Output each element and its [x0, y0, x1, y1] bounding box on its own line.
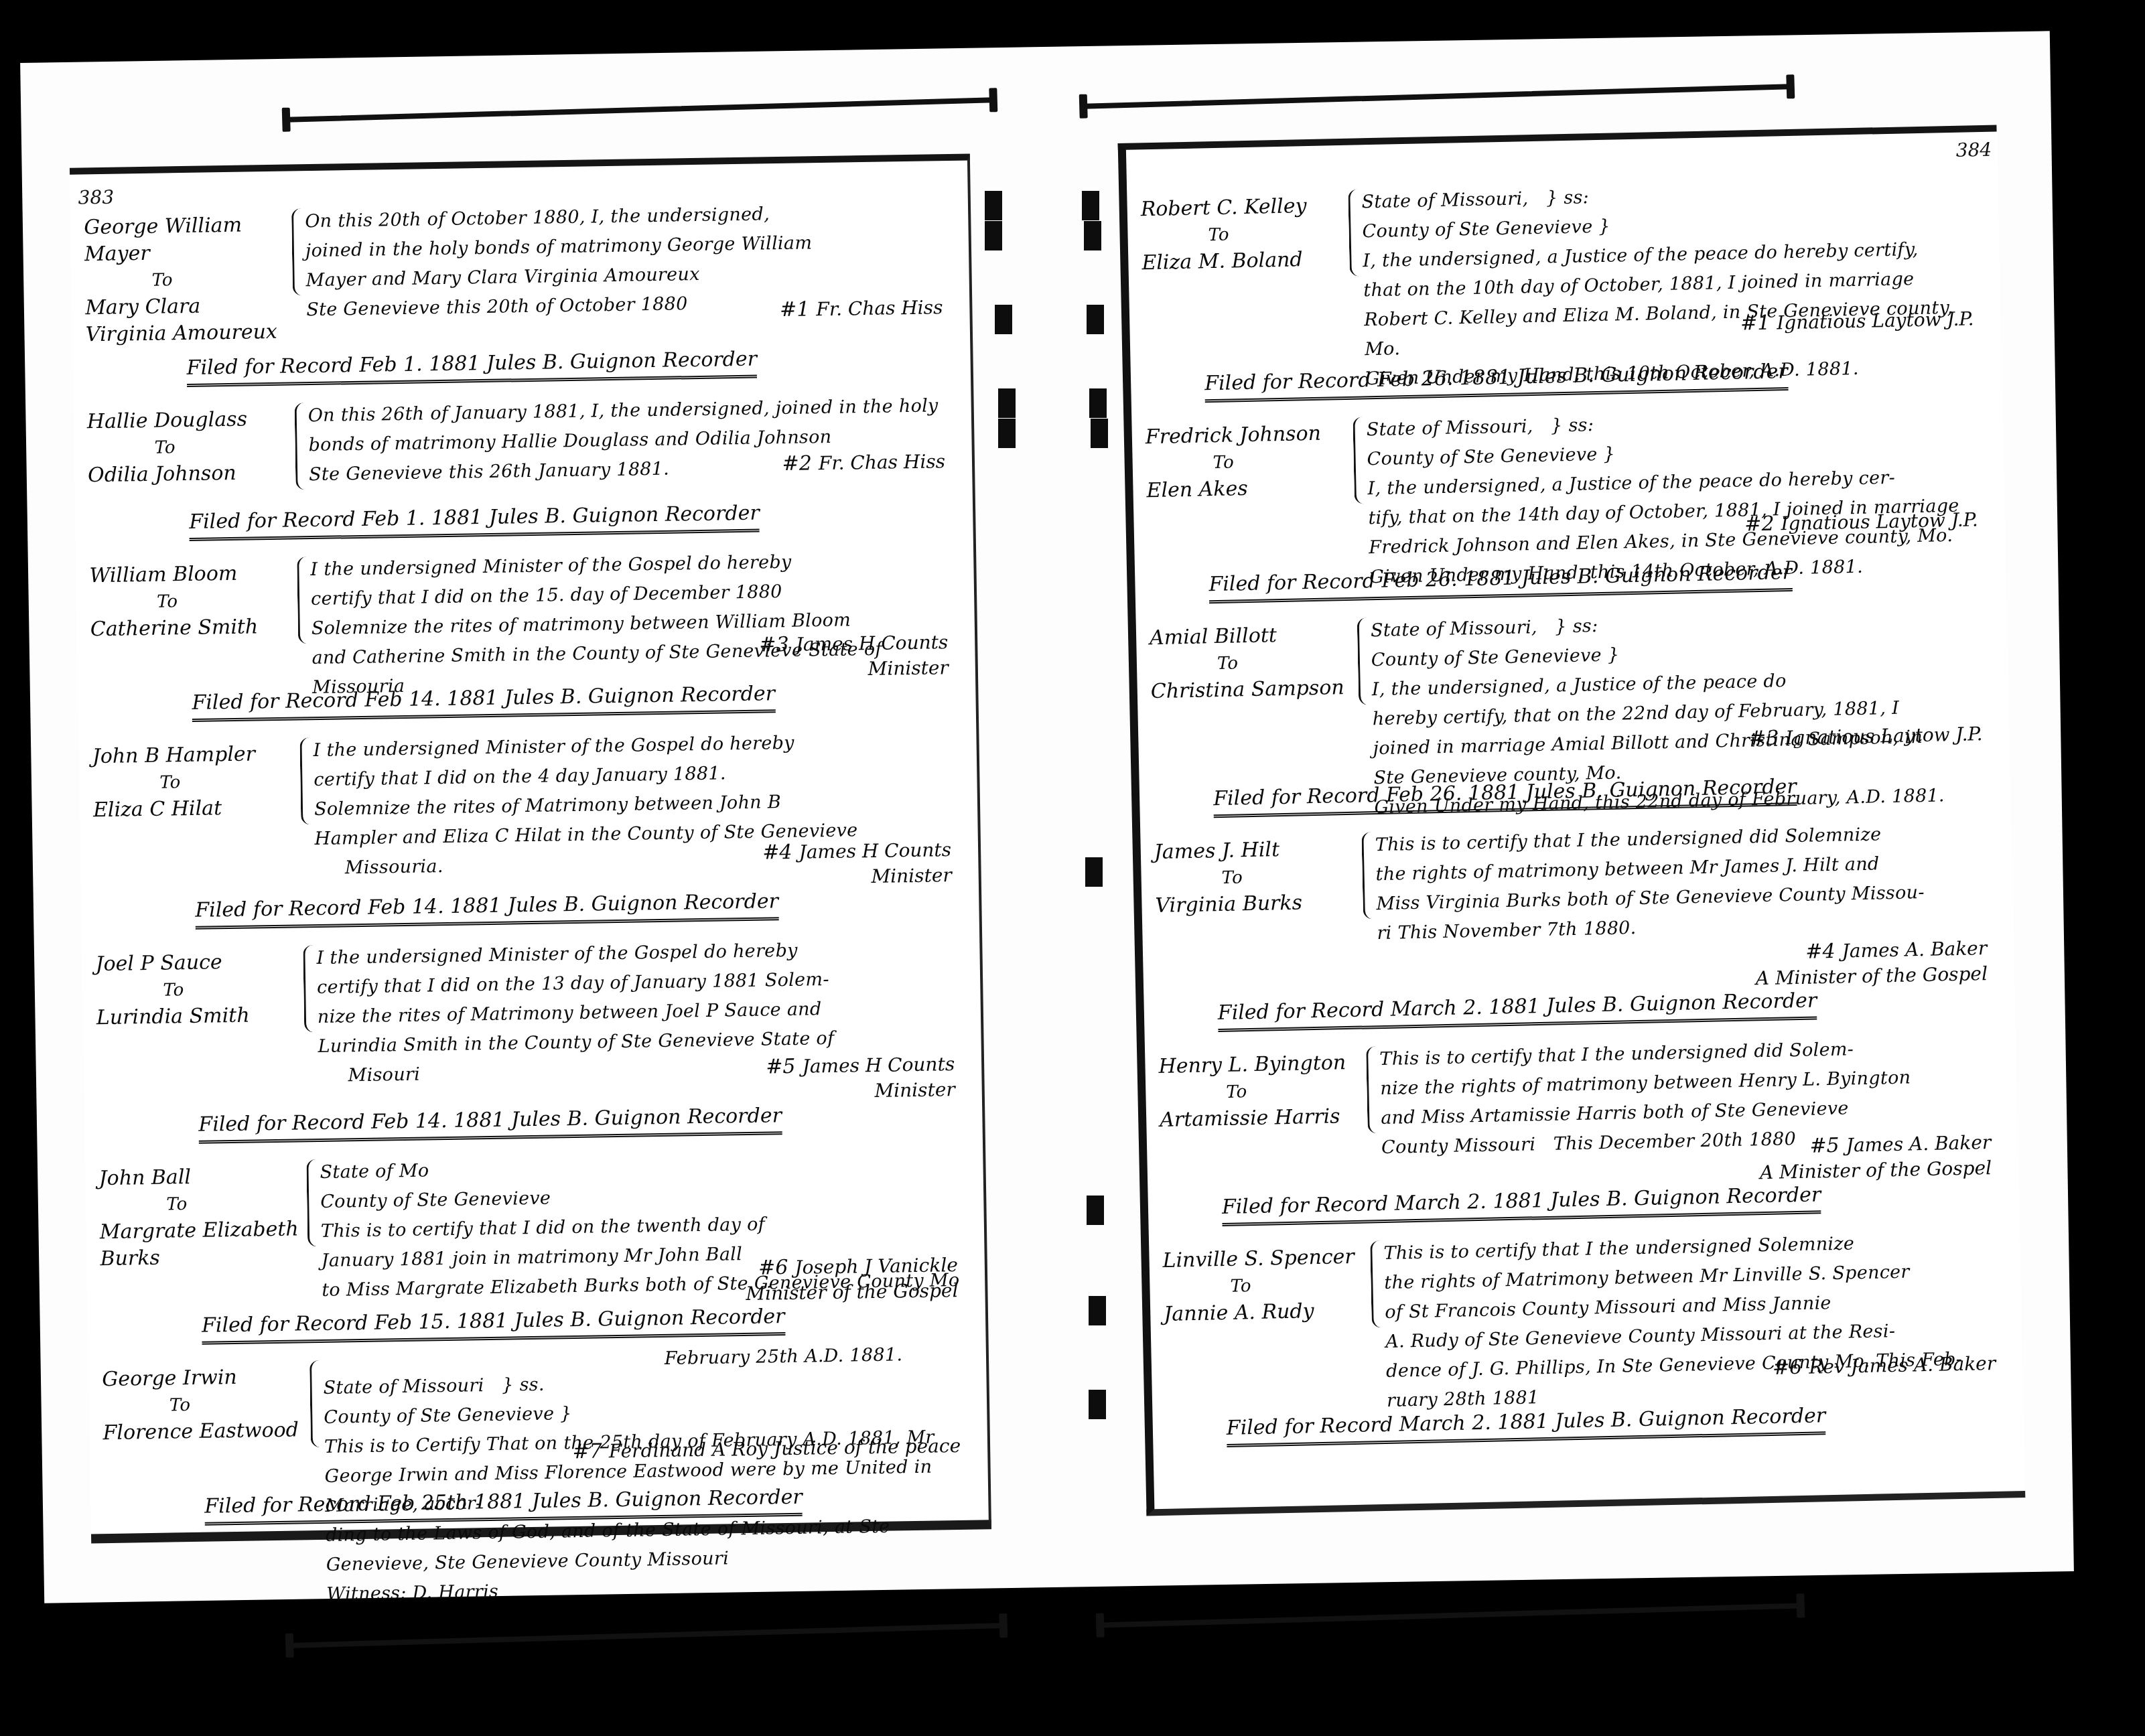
- groom-name: John B Hampler: [92, 741, 293, 771]
- entry-number: #5: [766, 1055, 796, 1079]
- bride-name: Eliza C Hilat: [93, 794, 295, 824]
- bride-name: Margrate Elizabeth Burks: [100, 1216, 301, 1273]
- marriage-entry: Hallie DouglassToOdilia JohnsonOn this 2…: [73, 382, 973, 550]
- officiant-signature: #5James A. BakerA Minister of the Gospel: [1759, 1130, 1992, 1185]
- marriage-entry: Joel P SauceToLurindia SmithI the unders…: [82, 924, 983, 1152]
- entry-number: #2: [1744, 512, 1775, 536]
- gutter-mark: [1087, 305, 1104, 334]
- officiant-name: James A. Baker: [1846, 1131, 1991, 1157]
- couple-names: Amial BillottToChristina Sampson: [1150, 621, 1352, 705]
- to-label: To: [92, 768, 294, 798]
- marriage-entry: Amial BillottToChristina SampsonState of…: [1135, 593, 2010, 826]
- groom-name: James J. Hilt: [1154, 835, 1355, 866]
- marriage-entry: John BallToMargrate Elizabeth BurksState…: [85, 1138, 986, 1353]
- couple-names: John BallToMargrate Elizabeth Burks: [98, 1162, 301, 1273]
- entry-number: #1: [780, 297, 810, 321]
- to-label: To: [1146, 447, 1347, 478]
- officiant-name: James H Counts: [802, 1053, 955, 1078]
- gutter-mark: [1087, 1196, 1104, 1225]
- registration-bar-bottom-right: [1099, 1603, 1802, 1627]
- officiant-name: Ignatious Laytow J.P.: [1777, 307, 1974, 334]
- officiant-signature: #3James H CountsMinister: [759, 630, 949, 683]
- groom-name: Fredrick Johnson: [1145, 420, 1346, 451]
- officiant-signature: #2Fr. Chas Hiss: [782, 449, 945, 477]
- officiant-signature: #4James A. BakerA Minister of the Gospel: [1755, 936, 1988, 991]
- couple-names: George IrwinToFlorence Eastwood: [102, 1363, 304, 1447]
- marriage-entry: George William MayerToMary Clara Virgini…: [70, 188, 971, 396]
- bride-name: Jannie A. Rudy: [1164, 1297, 1365, 1328]
- groom-name: George William Mayer: [84, 212, 285, 269]
- officiant-title: Minister: [760, 655, 949, 683]
- gutter-mark: [985, 221, 1002, 250]
- officiant-name: Ignatious Laytow J.P.: [1781, 508, 1978, 534]
- bride-name: Eliza M. Boland: [1141, 246, 1343, 277]
- registration-bar-bottom-left: [288, 1623, 1005, 1648]
- filed-for-record-line: Filed for Record Feb 14. 1881 Jules B. G…: [195, 889, 778, 930]
- entry-number: #5: [1809, 1134, 1840, 1158]
- filed-for-record-line: Filed for Record Feb 26. 1881 Jules B. G…: [1204, 360, 1788, 403]
- groom-name: Henry L. Byington: [1158, 1050, 1360, 1080]
- filed-for-record-line: Filed for Record Feb 26. 1881 Jules B. G…: [1208, 561, 1792, 603]
- groom-name: Robert C. Kelley: [1140, 192, 1342, 223]
- officiant-signature: #2Ignatious Laytow J.P.: [1744, 507, 1978, 537]
- bride-name: Florence Eastwood: [102, 1417, 304, 1447]
- marriage-entry: Fredrick JohnsonToElen AkesState of Miss…: [1131, 392, 2006, 611]
- page-number: 384: [1955, 139, 1992, 161]
- bride-name: Artamissie Harris: [1160, 1103, 1361, 1134]
- officiant-title: A Minister of the Gospel: [1760, 1155, 1992, 1185]
- to-label: To: [1154, 862, 1356, 893]
- groom-name: Joel P Sauce: [95, 948, 297, 979]
- to-label: To: [96, 975, 297, 1005]
- gutter-mark: [1084, 221, 1101, 250]
- officiant-signature: #6Joseph J VanickleMinister of the Gospe…: [746, 1252, 959, 1307]
- gutter-mark: [995, 305, 1012, 334]
- gutter-mark: [998, 419, 1016, 448]
- officiant-name: Ignatious Laytow J.P.: [1785, 723, 1983, 749]
- gutter-mark: [1089, 1390, 1106, 1419]
- to-label: To: [99, 1189, 301, 1219]
- officiant-signature: #4James H CountsMinister: [762, 837, 952, 891]
- officiant-signature: #6Rev James A. Baker: [1773, 1351, 1996, 1381]
- officiant-name: Fr. Chas Hiss: [819, 450, 946, 474]
- gutter-mark: [998, 388, 1016, 418]
- couple-names: Linville S. SpencerToJannie A. Rudy: [1162, 1244, 1365, 1328]
- bride-name: Mary Clara Virginia Amoureux: [85, 292, 287, 349]
- to-label: To: [84, 265, 286, 295]
- marriage-entry: Robert C. KelleyToEliza M. BolandState o…: [1127, 165, 2002, 411]
- couple-names: John B HamplerToEliza C Hilat: [92, 741, 294, 824]
- officiant-title: Minister: [766, 1077, 955, 1105]
- entry-number: #7: [572, 1439, 602, 1463]
- entry-number: #3: [1749, 726, 1779, 750]
- officiant-signature: #5James H CountsMinister: [766, 1052, 955, 1105]
- entry-number: #6: [758, 1256, 788, 1280]
- officiant-signature: #1Fr. Chas Hiss: [780, 295, 943, 323]
- bride-name: Christina Sampson: [1150, 674, 1352, 705]
- officiant-name: James H Counts: [795, 631, 948, 656]
- gutter-mark: [1089, 388, 1107, 418]
- couple-names: Henry L. ByingtonToArtamissie Harris: [1158, 1050, 1361, 1134]
- couple-names: Joel P SauceToLurindia Smith: [95, 948, 297, 1032]
- to-label: To: [90, 587, 291, 617]
- officiant-signature: #3Ignatious Laytow J.P.: [1749, 721, 1983, 751]
- officiant-name: Joseph J Vanickle: [794, 1254, 958, 1279]
- filed-for-record-line: Filed for Record Feb 1. 1881 Jules B. Gu…: [186, 348, 757, 387]
- ledger-page-left: 383 George William MayerToMary Clara Vir…: [70, 154, 991, 1544]
- gutter-mark: [985, 191, 1002, 220]
- couple-names: Fredrick JohnsonToElen Akes: [1145, 420, 1347, 504]
- gutter-mark: [1089, 1296, 1106, 1325]
- entry-number: #2: [782, 451, 812, 476]
- to-label: To: [1150, 648, 1352, 678]
- marriage-entry: Henry L. ByingtonToArtamissie HarrisThis…: [1145, 1022, 2020, 1234]
- entry-number: #6: [1773, 1356, 1803, 1380]
- certificate-text: This is to certify that I the undersigne…: [1383, 1226, 2010, 1416]
- filed-for-record-line: Filed for Record March 2. 1881 Jules B. …: [1227, 1404, 1826, 1447]
- groom-name: Amial Billott: [1150, 621, 1351, 652]
- to-label: To: [1159, 1076, 1361, 1107]
- gutter-mark: [1085, 857, 1103, 887]
- gutter-mark: [1091, 419, 1108, 448]
- officiant-title: A Minister of the Gospel: [1755, 961, 1988, 991]
- to-label: To: [1163, 1271, 1365, 1301]
- certificate-text: State of Missouri, } ss: County of Ste G…: [1361, 175, 1988, 394]
- marriage-entry: William BloomToCatherine SmithI the unde…: [76, 536, 976, 731]
- groom-name: George Irwin: [102, 1363, 303, 1393]
- officiant-name: James H Counts: [799, 839, 951, 863]
- officiant-title: Minister: [763, 863, 952, 891]
- marriage-entry: Linville S. SpencerToJannie A. RudyThis …: [1149, 1216, 2024, 1455]
- bride-name: Catherine Smith: [90, 613, 291, 644]
- marriage-entry: James J. HiltToVirginia BurksThis is to …: [1140, 808, 2015, 1040]
- to-label: To: [102, 1390, 304, 1420]
- marriage-entry: John B HamplerToEliza C HilatI the under…: [78, 717, 979, 938]
- officiant-name: James A. Baker: [1842, 937, 1987, 962]
- certificate-text: This is to certify that I the undersigne…: [1375, 818, 2000, 948]
- filed-for-record-line: Filed for Record Feb 14. 1881 Jules B. G…: [192, 682, 775, 722]
- filed-for-record-line: Filed for Record March 2. 1881 Jules B. …: [1218, 989, 1817, 1032]
- filed-for-record-line: Filed for Record Feb 15. 1881 Jules B. G…: [202, 1305, 785, 1345]
- couple-names: George William MayerToMary Clara Virgini…: [84, 212, 287, 349]
- couple-names: James J. HiltToVirginia Burks: [1154, 835, 1356, 920]
- officiant-name: Ferdinand A Roy Justice of the peace: [608, 1435, 961, 1462]
- officiant-title: Minister of the Gospel: [746, 1278, 959, 1307]
- marriage-entry: George IrwinToFlorence EastwoodFebruary …: [88, 1339, 989, 1534]
- bride-name: Elen Akes: [1146, 474, 1348, 504]
- couple-names: Robert C. KelleyToEliza M. Boland: [1140, 192, 1342, 277]
- officiant-name: Rev James A. Baker: [1809, 1352, 1996, 1378]
- microfilm-scan: 383 George William MayerToMary Clara Vir…: [0, 0, 2145, 1736]
- to-label: To: [87, 433, 289, 463]
- entry-number: #4: [762, 841, 792, 865]
- ledger-page-right: 384 Robert C. KelleyToEliza M. BolandSta…: [1118, 125, 2026, 1516]
- certificate-text: State of Missouri } ss. County of Ste Ge…: [323, 1364, 976, 1609]
- officiant-name: Fr. Chas Hiss: [816, 296, 943, 320]
- to-label: To: [1141, 219, 1342, 250]
- groom-name: William Bloom: [89, 560, 291, 590]
- filed-for-record-line: Filed for Record March 2. 1881 Jules B. …: [1222, 1183, 1821, 1226]
- gutter-mark: [1082, 191, 1099, 220]
- entry-number: #1: [1740, 311, 1771, 336]
- entry-number: #4: [1805, 940, 1836, 964]
- filed-for-record-line: Filed for Record Feb 14. 1881 Jules B. G…: [198, 1104, 782, 1144]
- groom-name: Hallie Douglass: [87, 406, 289, 436]
- entry-number: #3: [759, 633, 789, 657]
- officiant-signature: #1Ignatious Laytow J.P.: [1740, 306, 1974, 336]
- couple-names: William BloomToCatherine Smith: [89, 560, 291, 644]
- bride-name: Lurindia Smith: [96, 1002, 298, 1032]
- filed-for-record-line: Filed for Record Feb 1. 1881 Jules B. Gu…: [189, 502, 760, 541]
- bride-name: Odilia Johnson: [88, 459, 289, 490]
- groom-name: John Ball: [98, 1162, 300, 1192]
- couple-names: Hallie DouglassToOdilia Johnson: [87, 406, 289, 490]
- groom-name: Linville S. Spencer: [1162, 1244, 1364, 1275]
- bride-name: Virginia Burks: [1155, 889, 1357, 920]
